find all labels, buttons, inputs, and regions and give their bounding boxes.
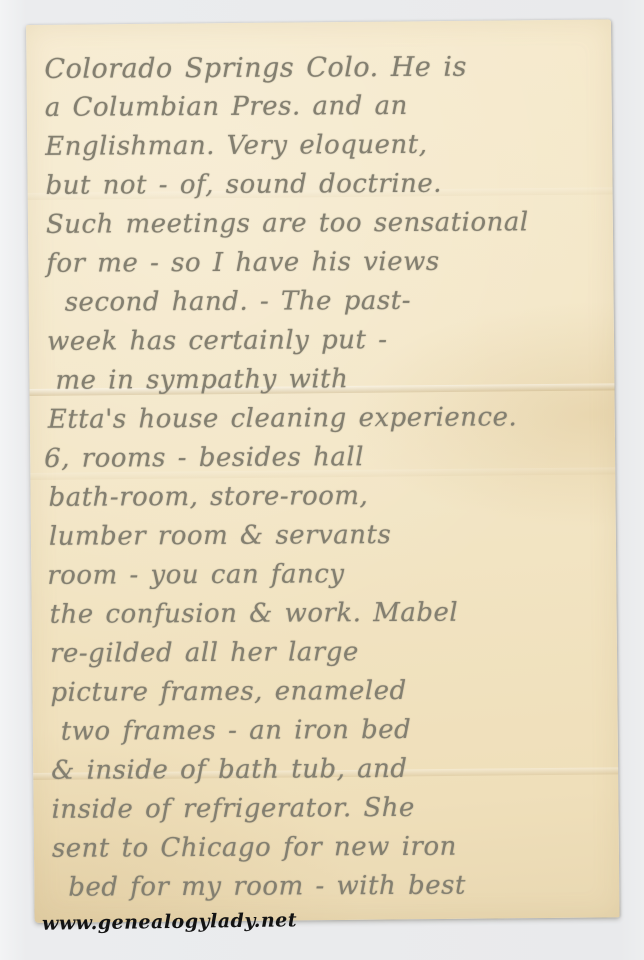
watermark-url: www.genealogylady.net [42,909,297,935]
letter-line: & inside of bath tub, and [51,749,610,791]
scanned-letter-page: Colorado Springs Colo. He isa Columbian … [0,0,644,960]
letter-line: lumber room & servants [49,515,608,557]
letter-line: 6, rooms - besides hall [44,437,607,479]
letter-line: sent to Chicago for new iron [52,827,611,869]
letter-line: bed for my room - with best [68,866,611,908]
letter-body: Colorado Springs Colo. He isa Columbian … [26,19,620,923]
letter-line: week has certainly put - [47,320,606,362]
letter-line: Englishman. Very eloquent, [45,125,604,167]
letter-line: Etta's house cleaning experience. [48,398,607,440]
letter-line: for me - so I have his views [46,242,605,284]
letter-line: second hand. - The past- [65,281,606,323]
letter-line: two frames - an iron bed [61,710,610,752]
letter-line: re-gilded all her large [50,632,609,674]
letter-paper: Colorado Springs Colo. He isa Columbian … [26,19,620,923]
letter-line: a Columbian Pres. and an [45,86,604,128]
letter-line: room - you can fancy [47,554,608,596]
letter-line: picture frames, enameled [50,671,609,713]
letter-line: inside of refrigerator. She [51,788,610,830]
letter-line: the confusion & work. Mabel [50,593,609,635]
letter-line: bath-room, store-room, [48,476,607,518]
letter-line: me in sympathy with [55,359,606,401]
letter-line: Such meetings are too sensational [46,203,605,245]
letter-line: but not - of, sound doctrine. [45,164,604,206]
letter-line: Colorado Springs Colo. He is [44,47,603,89]
